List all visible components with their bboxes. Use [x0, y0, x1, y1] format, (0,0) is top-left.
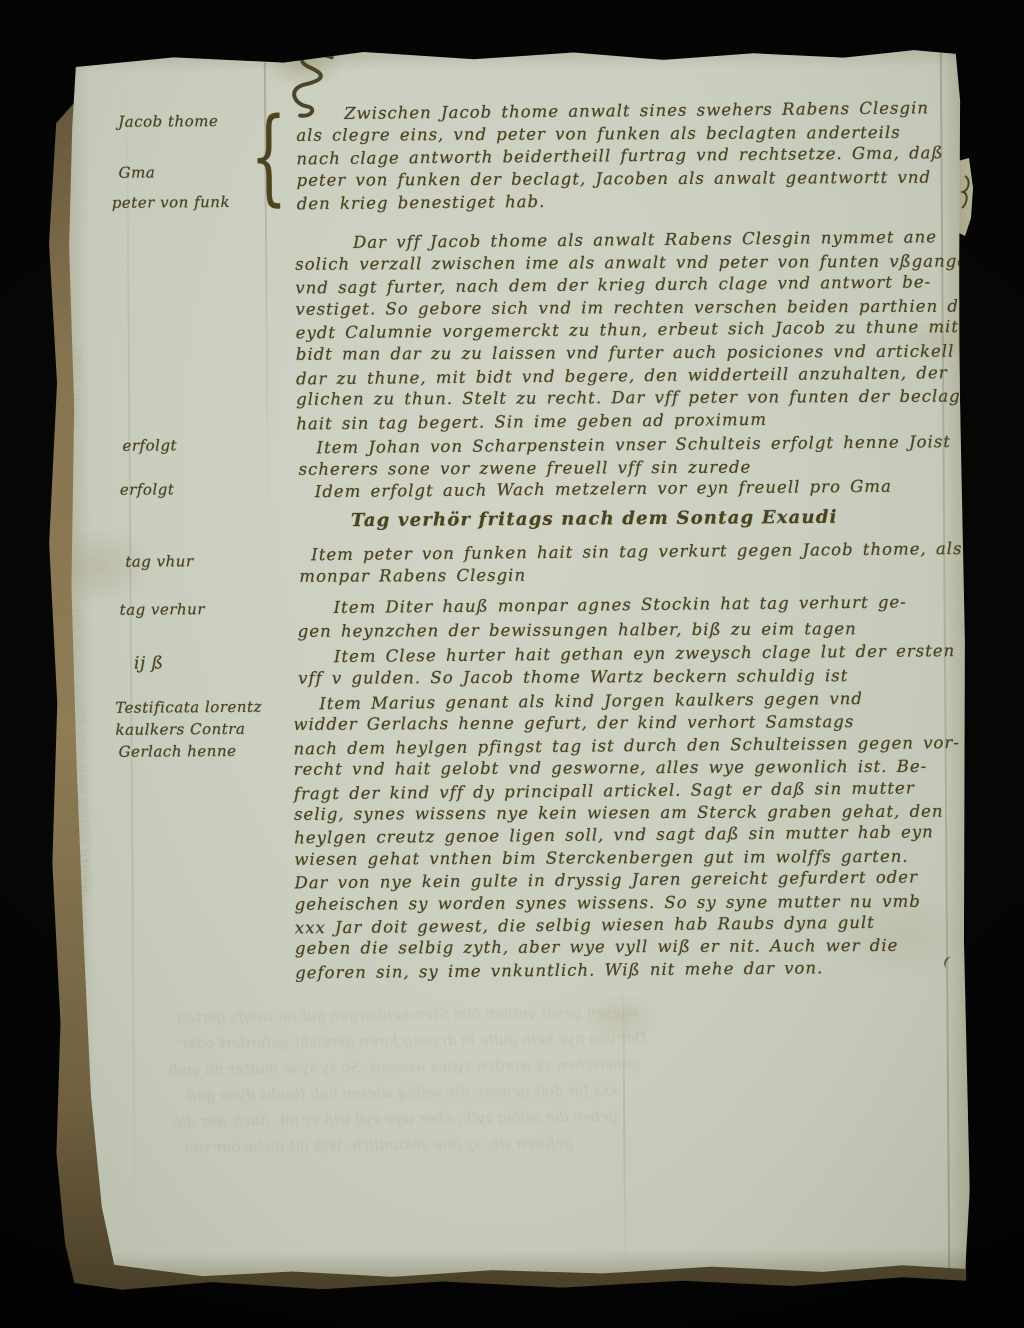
manuscript-photo: wiesen gehat vnthen bim Sterckenbergen g…: [0, 0, 1024, 1328]
margin-note-tag-vhur: tag vhur: [125, 552, 193, 570]
margin-note-testificata-1: Testificata lorentz: [115, 698, 262, 717]
margin-note-testificata-3: Gerlach henne: [119, 742, 237, 761]
paragraph-4: Idem erfolgt auch Wach metzelern vor eyn…: [315, 476, 892, 503]
paragraph-7: Item Clese hurter hait gethan eyn zweysc…: [298, 641, 956, 691]
paragraph-8: Item Marius genant als kind Jorgen kaulk…: [293, 688, 961, 984]
manuscript-line: monpar Rabens Clesgin: [299, 562, 962, 588]
paragraph-3: Item Johan von Scharpenstein vnser Schul…: [298, 432, 951, 482]
margin-note-erfolgt-1: erfolgt: [122, 436, 177, 454]
manuscript-line: geforen sin, sy ime vnkuntlich. Wiß nit …: [295, 956, 961, 985]
paragraph-6: Item Diter hauß monpar agnes Stockin hat…: [298, 590, 908, 644]
manuscript-line: den krieg benestiget hab.: [297, 187, 944, 216]
paragraph-5: Item peter von funken hait sin tag verku…: [299, 539, 963, 589]
session-heading: Tag verhör fritags nach dem Sontag Exaud…: [351, 507, 838, 531]
margin-note-testificata-2: kaulkers Contra: [115, 720, 245, 739]
margin-note-tag-verhur: tag verhur: [120, 600, 205, 619]
manuscript-line: vff v gulden. So Jacob thome Wartz becke…: [298, 664, 955, 690]
margin-note-peter-von-funk: peter von funk: [112, 193, 230, 212]
margin-note-gma: Gma: [119, 163, 156, 181]
margin-note-ij-schilling: ij ß: [134, 653, 164, 673]
margin-note-erfolgt-2: erfolgt: [120, 480, 175, 498]
margin-brace: {: [250, 96, 287, 216]
paragraph-2: Dar vff Jacob thome als anwalt Rabens Cl…: [295, 227, 987, 435]
margin-note-jacob-thome: Jacob thome: [118, 112, 218, 131]
manuscript-page: wiesen gehat vnthen bim Sterckenbergen g…: [54, 41, 973, 1283]
paragraph-1: Zwischen Jacob thome anwalt sines sweher…: [296, 98, 944, 215]
manuscript-line: gen heynzchen der bewissungen halber, bi…: [298, 616, 907, 644]
manuscript-line: Idem erfolgt auch Wach metzelern vor eyn…: [315, 476, 892, 504]
show-through-text: geforen sin, sy ime vnkuntlich. Wiß nit …: [179, 1131, 573, 1162]
